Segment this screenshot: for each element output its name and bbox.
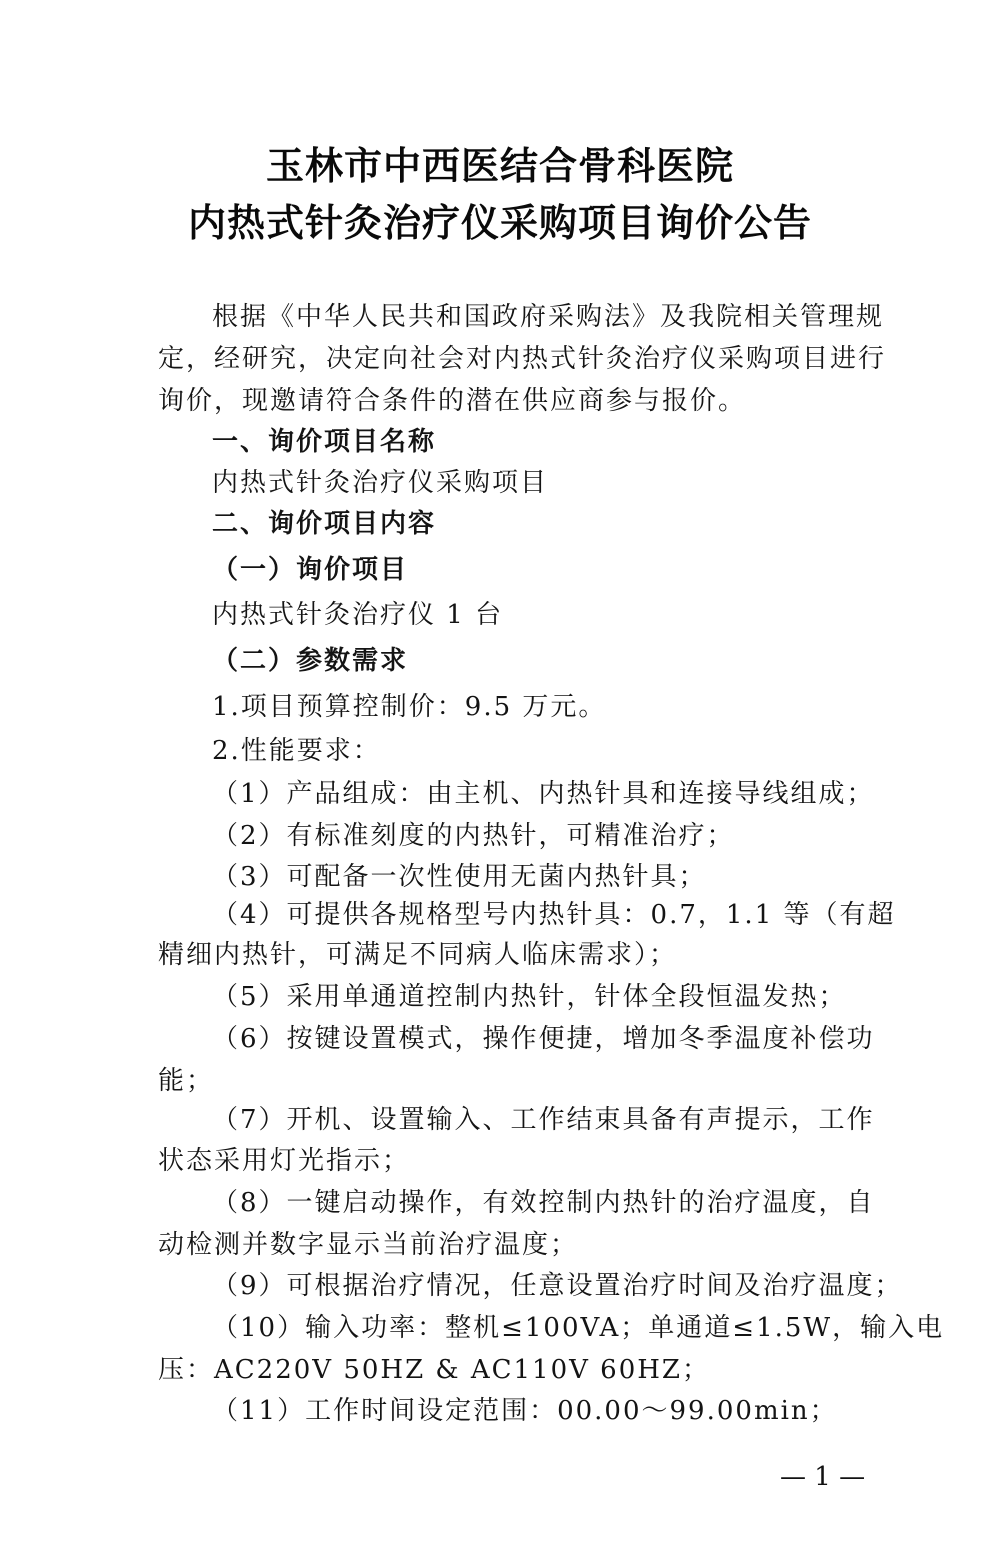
section-2-heading: 二、询价项目内容 <box>212 503 436 540</box>
document-page: 玉林市中西医结合骨科医院 内热式针灸治疗仪采购项目询价公告 根据《中华人民共和国… <box>0 0 1000 1553</box>
section-1-content: 内热式针灸治疗仪采购项目 <box>212 462 548 499</box>
requirement-2: （2）有标准刻度的内热针，可精准治疗； <box>212 815 735 852</box>
requirement-6-line-2: 能； <box>158 1060 214 1097</box>
intro-line-2: 定，经研究，决定向社会对内热式针灸治疗仪采购项目进行 <box>158 338 886 375</box>
budget-line: 1.项目预算控制价：9.5 万元。 <box>212 686 606 723</box>
performance-heading: 2.性能要求： <box>212 730 381 767</box>
section-1-heading: 一、询价项目名称 <box>212 421 436 458</box>
requirement-4-line-1: （4）可提供各规格型号内热针具：0.7，1.1 等（有超 <box>212 894 896 931</box>
document-title-line-1: 玉林市中西医结合骨科医院 <box>0 135 1000 190</box>
requirement-4-line-2: 精细内热针，可满足不同病人临床需求）； <box>158 934 677 971</box>
document-title-line-2: 内热式针灸治疗仪采购项目询价公告 <box>0 192 1000 247</box>
requirement-5: （5）采用单通道控制内热针，针体全段恒温发热； <box>212 976 847 1013</box>
requirement-11: （11）工作时间设定范围：00.00～99.00min； <box>212 1390 838 1427</box>
requirement-10-line-1: （10）输入功率：整机≤100VA；单通道≤1.5W，输入电 <box>212 1307 944 1344</box>
requirement-6-line-1: （6）按键设置模式，操作便捷，增加冬季温度补偿功 <box>212 1018 875 1055</box>
subsection-1-content: 内热式针灸治疗仪 1 台 <box>212 594 503 631</box>
intro-line-1: 根据《中华人民共和国政府采购法》及我院相关管理规 <box>212 296 884 333</box>
page-number: — 1 — <box>780 1462 865 1492</box>
requirement-8-line-1: （8）一键启动操作，有效控制内热针的治疗温度，自 <box>212 1182 875 1219</box>
subsection-1-heading: （一）询价项目 <box>212 549 408 586</box>
requirement-7-line-2: 状态采用灯光指示； <box>158 1140 410 1177</box>
intro-line-3: 询价，现邀请符合条件的潜在供应商参与报价。 <box>158 380 746 417</box>
requirement-10-line-2: 压：AC220V 50HZ & AC110V 60HZ； <box>158 1349 710 1386</box>
requirement-3: （3）可配备一次性使用无菌内热针具； <box>212 856 707 893</box>
requirement-7-line-1: （7）开机、设置输入、工作结束具备有声提示，工作 <box>212 1099 875 1136</box>
subsection-2-heading: （二）参数需求 <box>212 640 408 677</box>
requirement-8-line-2: 动检测并数字显示当前治疗温度； <box>158 1224 578 1261</box>
requirement-9: （9）可根据治疗情况，任意设置治疗时间及治疗温度； <box>212 1265 903 1302</box>
requirement-1: （1）产品组成：由主机、内热针具和连接导线组成； <box>212 773 875 810</box>
